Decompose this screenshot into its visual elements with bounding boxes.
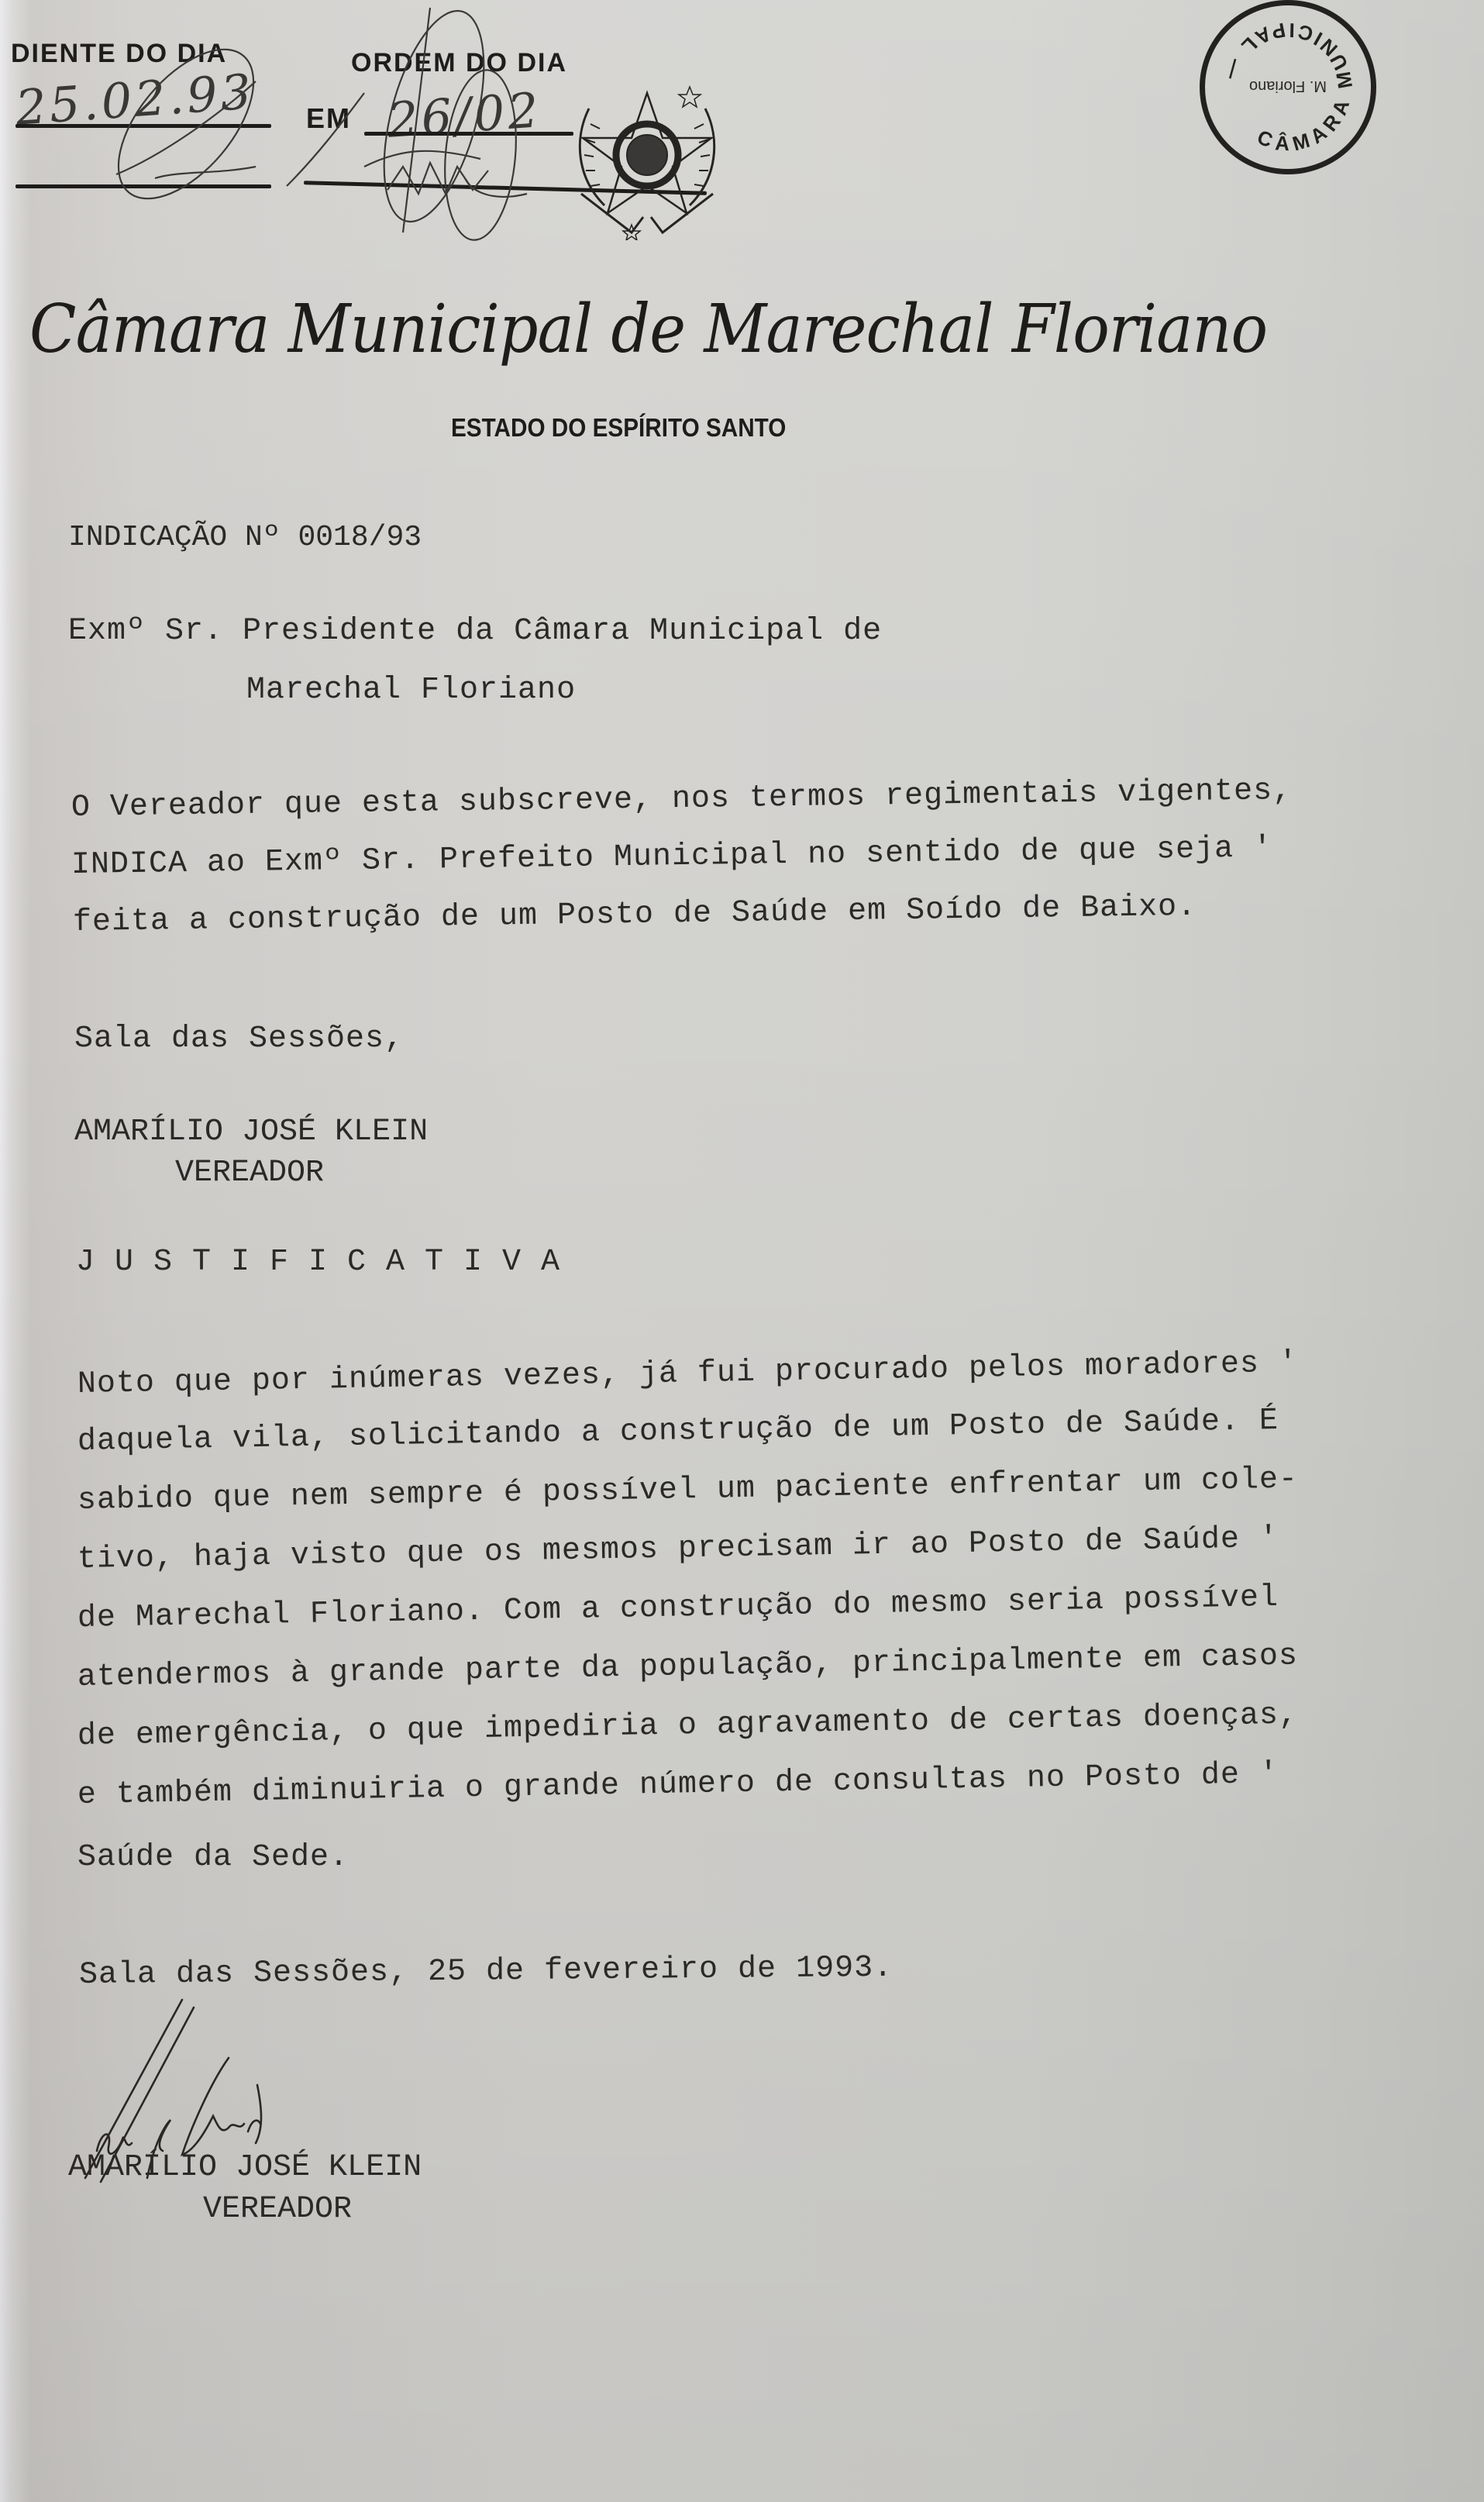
justificativa-body-line: e também diminuiria o grande número de c… xyxy=(77,1757,1279,1813)
indicacao-signer-name: AMARÍLIO JOSÉ KLEIN xyxy=(74,1115,428,1149)
salutation-line-2: Marechal Floriano xyxy=(246,673,576,708)
justificativa-body-line: Saúde da Sede. xyxy=(77,1840,349,1875)
justificativa-body-line: de emergência, o que impediria o agravam… xyxy=(77,1698,1299,1754)
stamp-center-text: M. Floriano xyxy=(1249,78,1327,95)
indicacao-body-line: INDICA ao Exmº Sr. Prefeito Municipal no… xyxy=(71,831,1273,883)
letterhead-state: ESTADO DO ESPÍRITO SANTO xyxy=(451,413,786,443)
indicacao-body-line: O Vereador que esta subscreve, nos termo… xyxy=(71,774,1293,825)
justificativa-body-line: atendermos à grande parte da população, … xyxy=(77,1639,1299,1695)
justificativa-body-line: tivo, haja visto que os mesmos precisam … xyxy=(77,1522,1279,1577)
justificativa-body-line: sabido que nem sempre é possível um paci… xyxy=(77,1463,1299,1518)
justificativa-body-line: daquela vila, solicitando a construção d… xyxy=(77,1404,1279,1459)
justificativa-signer-name: AMARÍLIO JOSÉ KLEIN xyxy=(68,2150,422,2185)
justificativa-signer-role: VEREADOR xyxy=(203,2192,352,2227)
indicacao-body-line: feita a construção de um Posto de Saúde … xyxy=(73,890,1197,940)
justificativa-heading: JUSTIFICATIVA xyxy=(76,1245,580,1280)
justificativa-body-line: de Marechal Floriano. Com a construção d… xyxy=(77,1580,1279,1636)
chamber-stamp: CÂMARA MUNICIPAL — M. Floriano xyxy=(1200,0,1376,174)
indicacao-number: INDICAÇÃO Nº 0018/93 xyxy=(68,521,422,554)
coat-of-arms-icon xyxy=(558,78,736,240)
indicacao-closing: Sala das Sessões, xyxy=(74,1022,404,1056)
letterhead-title: Câmara Municipal de Marechal Floriano xyxy=(29,291,1267,368)
salutation-line-1: Exmº Sr. Presidente da Câmara Municipal … xyxy=(68,614,882,649)
indicacao-signer-role: VEREADOR xyxy=(175,1156,324,1191)
justificativa-body-line: Noto que por inúmeras vezes, já fui proc… xyxy=(77,1346,1299,1402)
